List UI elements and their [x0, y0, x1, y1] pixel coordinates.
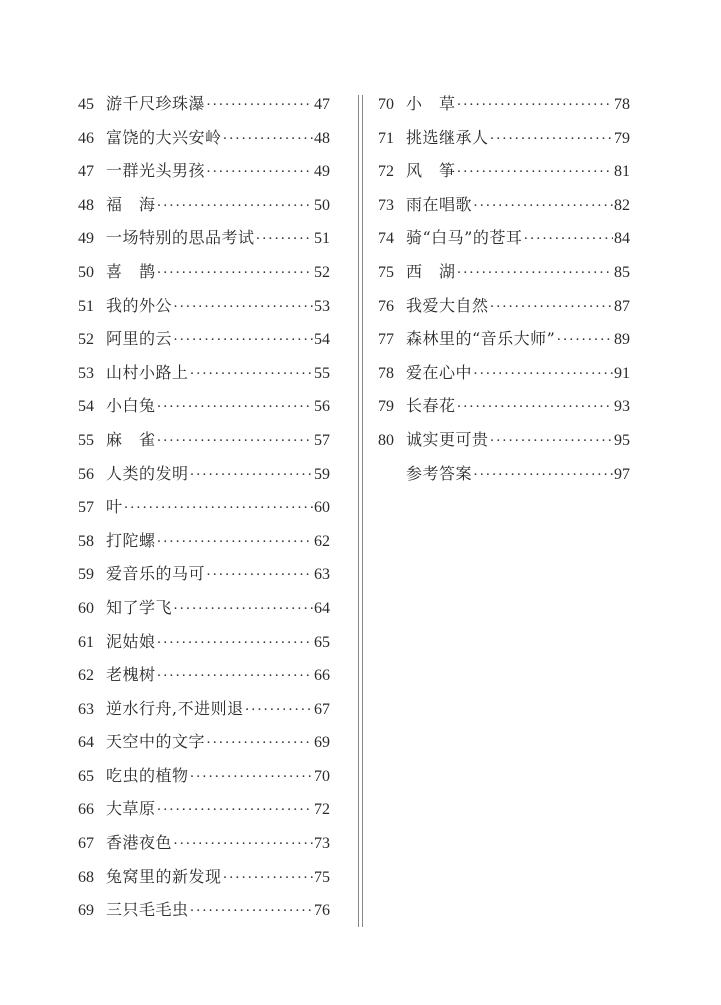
entry-number: 74	[378, 222, 404, 256]
dot-leader	[173, 593, 313, 627]
entry-number: 46	[78, 122, 104, 156]
entry-page-number: 54	[314, 323, 330, 357]
entry-number: 51	[78, 290, 104, 324]
dot-leader	[473, 190, 613, 224]
dot-leader	[206, 89, 313, 123]
entry-title: 人类的发明	[106, 457, 189, 491]
toc-entry[interactable]: 参考答案97	[378, 457, 630, 491]
entry-page-number: 52	[314, 256, 330, 290]
toc-entry[interactable]: 71挑选继承人79	[378, 121, 630, 155]
entry-number: 66	[78, 793, 104, 827]
entry-title: 雨在唱歌	[406, 188, 472, 222]
dot-leader	[157, 425, 313, 459]
entry-number: 60	[78, 592, 104, 626]
entry-number: 52	[78, 323, 104, 357]
dot-leader	[523, 223, 613, 257]
entry-page-number: 67	[314, 693, 330, 727]
dot-leader	[473, 459, 613, 493]
entry-title: 风 筝	[406, 154, 456, 188]
entry-page-number: 82	[614, 189, 630, 223]
dot-leader	[457, 156, 613, 190]
entry-number: 48	[78, 189, 104, 223]
toc-entry[interactable]: 58打陀螺62	[78, 524, 330, 558]
entry-page-number: 64	[314, 592, 330, 626]
entry-number: 56	[78, 458, 104, 492]
entry-title: 山村小路上	[106, 356, 189, 390]
toc-entry[interactable]: 78爱在心中91	[378, 356, 630, 390]
entry-title: 我的外公	[106, 289, 172, 323]
entry-number: 80	[378, 424, 404, 458]
dot-leader	[173, 828, 313, 862]
dot-leader	[490, 425, 613, 459]
dot-leader	[157, 627, 313, 661]
entry-title: 吃虫的植物	[106, 759, 189, 793]
toc-entry[interactable]: 45游千尺珍珠瀑47	[78, 87, 330, 121]
entry-title: 麻 雀	[106, 423, 156, 457]
dot-leader	[490, 123, 613, 157]
entry-title: 逆水行舟,不进则退	[106, 692, 244, 726]
toc-entry[interactable]: 79长春花93	[378, 389, 630, 423]
entry-page-number: 81	[614, 155, 630, 189]
entry-number: 69	[78, 894, 104, 928]
entry-number: 59	[78, 558, 104, 592]
toc-entry[interactable]: 53山村小路上55	[78, 356, 330, 390]
entry-title: 三只毛毛虫	[106, 893, 189, 927]
dot-leader	[473, 358, 613, 392]
entry-page-number: 59	[314, 458, 330, 492]
toc-entry[interactable]: 72风 筝81	[378, 154, 630, 188]
entry-page-number: 66	[314, 659, 330, 693]
dot-leader	[190, 761, 313, 795]
entry-number: 50	[78, 256, 104, 290]
entry-title: 打陀螺	[106, 524, 156, 558]
dot-leader	[206, 727, 313, 761]
entry-page-number: 89	[614, 323, 630, 357]
entry-title: 香港夜色	[106, 826, 172, 860]
toc-entry[interactable]: 77森林里的“音乐大师”89	[378, 322, 630, 356]
dot-leader	[157, 257, 313, 291]
toc-entry[interactable]: 47一群光头男孩49	[78, 154, 330, 188]
dot-leader	[206, 156, 313, 190]
entry-page-number: 72	[314, 793, 330, 827]
dot-leader	[157, 391, 313, 425]
toc-entry[interactable]: 55麻 雀57	[78, 423, 330, 457]
dot-leader	[190, 895, 313, 929]
dot-leader	[157, 190, 313, 224]
entry-page-number: 84	[614, 222, 630, 256]
entry-number: 49	[78, 222, 104, 256]
entry-number: 68	[78, 861, 104, 895]
entry-number: 75	[378, 256, 404, 290]
entry-number: 54	[78, 390, 104, 424]
entry-number: 55	[78, 424, 104, 458]
entry-number: 70	[378, 88, 404, 122]
entry-number: 71	[378, 122, 404, 156]
toc-entry[interactable]: 68兔窝里的新发现75	[78, 860, 330, 894]
entry-number: 61	[78, 626, 104, 660]
entry-title: 大草原	[106, 792, 156, 826]
toc-entry[interactable]: 75西 湖85	[378, 255, 630, 289]
entry-page-number: 55	[314, 357, 330, 391]
entry-page-number: 60	[314, 491, 330, 525]
entry-title: 福 海	[106, 188, 156, 222]
toc-entry[interactable]: 49一场特别的思品考试51	[78, 221, 330, 255]
toc-entry[interactable]: 61泥姑娘65	[78, 625, 330, 659]
dot-leader	[190, 358, 313, 392]
entry-page-number: 97	[614, 458, 630, 492]
entry-page-number: 95	[614, 424, 630, 458]
entry-title: 知了学飞	[106, 591, 172, 625]
dot-leader	[556, 324, 613, 358]
toc-entry[interactable]: 50喜 鹊52	[78, 255, 330, 289]
entry-number: 58	[78, 525, 104, 559]
entry-page-number: 87	[614, 290, 630, 324]
dot-leader	[223, 862, 313, 896]
entry-title: 诚实更可贵	[406, 423, 489, 457]
entry-title: 小 草	[406, 87, 456, 121]
dot-leader	[256, 223, 313, 257]
entry-title: 爱在心中	[406, 356, 472, 390]
entry-page-number: 53	[314, 290, 330, 324]
entry-page-number: 57	[314, 424, 330, 458]
entry-title: 泥姑娘	[106, 625, 156, 659]
entry-number: 57	[78, 491, 104, 525]
entry-number: 79	[378, 390, 404, 424]
entry-page-number: 47	[314, 88, 330, 122]
entry-page-number: 79	[614, 122, 630, 156]
toc-entry[interactable]: 52阿里的云54	[78, 322, 330, 356]
entry-title: 我爱大自然	[406, 289, 489, 323]
entry-title: 挑选继承人	[406, 121, 489, 155]
dot-leader	[173, 324, 313, 358]
entry-page-number: 70	[314, 760, 330, 794]
entry-page-number: 48	[314, 122, 330, 156]
toc-entry[interactable]: 73雨在唱歌82	[378, 188, 630, 222]
entry-number: 72	[378, 155, 404, 189]
toc-entry[interactable]: 63逆水行舟,不进则退67	[78, 692, 330, 726]
entry-number: 62	[78, 659, 104, 693]
entry-number: 78	[378, 357, 404, 391]
dot-leader	[245, 694, 313, 728]
toc-entry[interactable]: 56人类的发明59	[78, 457, 330, 491]
entry-page-number: 73	[314, 827, 330, 861]
toc-entry[interactable]: 59爱音乐的马可63	[78, 557, 330, 591]
entry-number: 76	[378, 290, 404, 324]
entry-page-number: 75	[314, 861, 330, 895]
entry-number: 73	[378, 189, 404, 223]
toc-entry[interactable]: 66大草原72	[78, 792, 330, 826]
dot-leader	[223, 123, 313, 157]
entry-page-number: 56	[314, 390, 330, 424]
entry-title: 老槐树	[106, 658, 156, 692]
entry-page-number: 69	[314, 726, 330, 760]
column-divider	[358, 95, 363, 927]
entry-number: 47	[78, 155, 104, 189]
toc-entry[interactable]: 62老槐树66	[78, 658, 330, 692]
entry-page-number: 78	[614, 88, 630, 122]
entry-title: 一群光头男孩	[106, 154, 205, 188]
entry-title: 爱音乐的马可	[106, 557, 205, 591]
dot-leader	[457, 257, 613, 291]
toc-entry[interactable]: 80诚实更可贵95	[378, 423, 630, 457]
entry-page-number: 93	[614, 390, 630, 424]
entry-number: 63	[78, 693, 104, 727]
toc-entry[interactable]: 54小白兔56	[78, 389, 330, 423]
dot-leader	[157, 660, 313, 694]
entry-page-number: 91	[614, 357, 630, 391]
entry-title: 小白兔	[106, 389, 156, 423]
toc-entry[interactable]: 60知了学飞64	[78, 591, 330, 625]
entry-title: 参考答案	[406, 457, 472, 491]
dot-leader	[157, 526, 313, 560]
entry-page-number: 62	[314, 525, 330, 559]
entry-page-number: 51	[314, 222, 330, 256]
entry-title: 一场特别的思品考试	[106, 221, 255, 255]
dot-leader	[124, 492, 313, 526]
toc-entry[interactable]: 64天空中的文字69	[78, 725, 330, 759]
entry-title: 兔窝里的新发现	[106, 860, 222, 894]
toc-right-column: 70小 草7871挑选继承人7972风 筝8173雨在唱歌8274骑“白马”的苍…	[378, 87, 630, 490]
entry-title: 游千尺珍珠瀑	[106, 87, 205, 121]
entry-title: 富饶的大兴安岭	[106, 121, 222, 155]
entry-number: 67	[78, 827, 104, 861]
entry-title: 喜 鹊	[106, 255, 156, 289]
toc-entry[interactable]: 57叶60	[78, 490, 330, 524]
toc-entry[interactable]: 69三只毛毛虫76	[78, 893, 330, 927]
toc-entry[interactable]: 70小 草78	[378, 87, 630, 121]
toc-entry[interactable]: 74骑“白马”的苍耳84	[378, 221, 630, 255]
dot-leader	[190, 459, 313, 493]
toc-left-column: 45游千尺珍珠瀑4746富饶的大兴安岭4847一群光头男孩4948福 海5049…	[78, 87, 330, 927]
entry-page-number: 63	[314, 558, 330, 592]
entry-page-number: 50	[314, 189, 330, 223]
entry-number: 45	[78, 88, 104, 122]
dot-leader	[173, 291, 313, 325]
entry-title: 天空中的文字	[106, 725, 205, 759]
dot-leader	[490, 291, 613, 325]
entry-number: 64	[78, 726, 104, 760]
toc-entry[interactable]: 46富饶的大兴安岭48	[78, 121, 330, 155]
toc-page: 45游千尺珍珠瀑4746富饶的大兴安岭4847一群光头男孩4948福 海5049…	[0, 0, 721, 1005]
dot-leader	[157, 794, 313, 828]
dot-leader	[206, 559, 313, 593]
entry-title: 西 湖	[406, 255, 456, 289]
entry-title: 骑“白马”的苍耳	[406, 221, 522, 255]
toc-entry[interactable]: 65吃虫的植物70	[78, 759, 330, 793]
entry-number: 53	[78, 357, 104, 391]
entry-number: 65	[78, 760, 104, 794]
toc-entry[interactable]: 48福 海50	[78, 188, 330, 222]
entry-title: 森林里的“音乐大师”	[406, 322, 555, 356]
toc-entry[interactable]: 76我爱大自然87	[378, 289, 630, 323]
entry-page-number: 85	[614, 256, 630, 290]
toc-entry[interactable]: 67香港夜色73	[78, 826, 330, 860]
entry-title: 阿里的云	[106, 322, 172, 356]
entry-page-number: 65	[314, 626, 330, 660]
entry-title: 长春花	[406, 389, 456, 423]
dot-leader	[457, 391, 613, 425]
entry-title: 叶	[106, 490, 123, 524]
entry-page-number: 76	[314, 894, 330, 928]
entry-number: 77	[378, 323, 404, 357]
toc-entry[interactable]: 51我的外公53	[78, 289, 330, 323]
entry-page-number: 49	[314, 155, 330, 189]
dot-leader	[457, 89, 613, 123]
